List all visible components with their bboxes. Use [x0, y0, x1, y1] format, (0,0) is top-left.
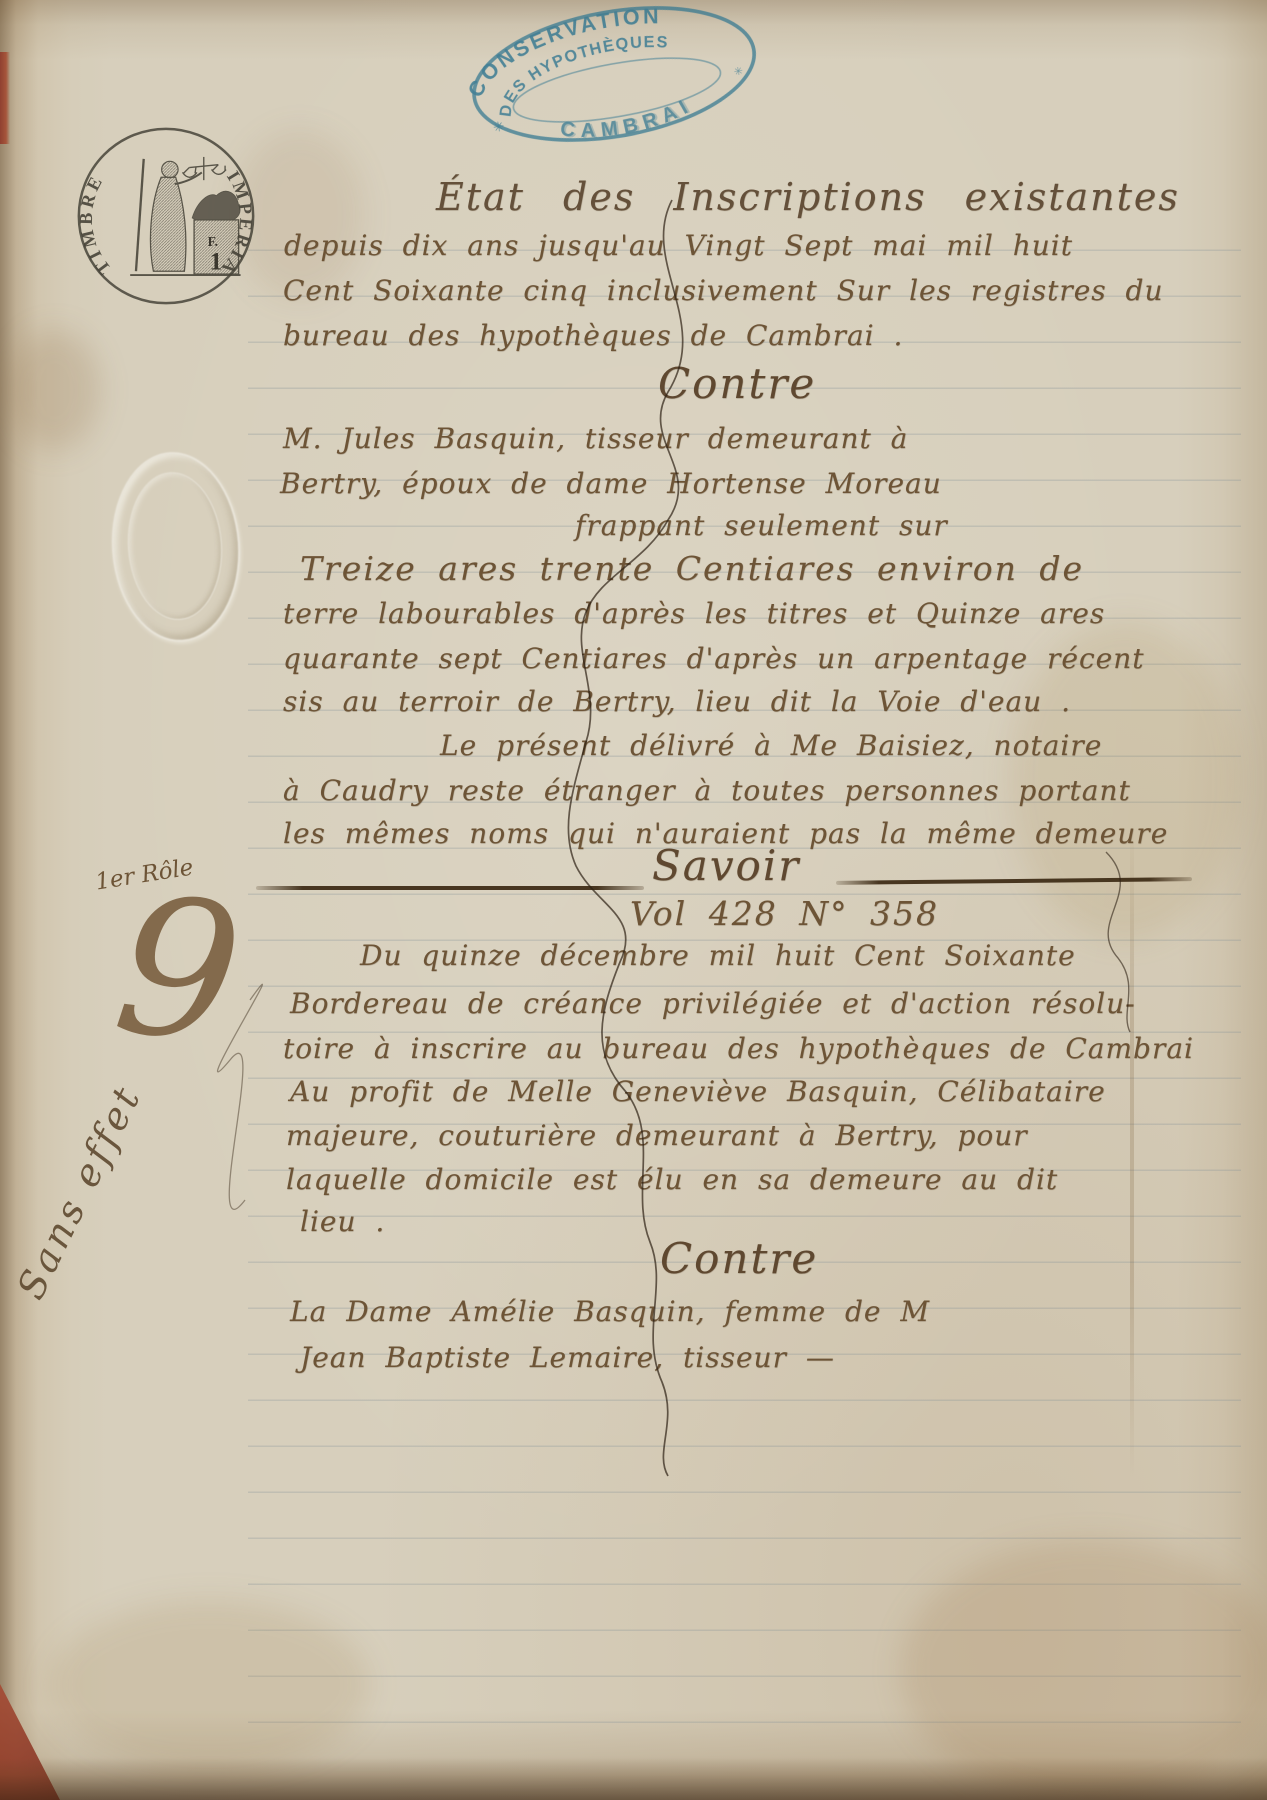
heading-contre-2: Contre — [660, 1238, 818, 1280]
figure-head — [162, 161, 178, 177]
svg-text:CAMBRAI: CAMBRAI — [555, 93, 699, 150]
justice-figure — [130, 157, 240, 275]
manuscript-line: Du quinze décembre mil huit Cent Soixant… — [360, 942, 1076, 970]
paper-stain — [10, 330, 100, 450]
red-corner-mark-bottom — [0, 1684, 60, 1800]
heading-savoir: Savoir — [652, 845, 800, 887]
scales-icon — [182, 157, 226, 180]
manuscript-title: État des Inscriptions existantes — [436, 178, 1180, 216]
manuscript-line: laquelle domicile est élu en sa demeure … — [286, 1166, 1058, 1194]
manuscript-line: depuis dix ans jusqu'au Vingt Sept mai m… — [284, 232, 1073, 260]
denomination-value: 1 — [210, 248, 223, 275]
stamp-bottom-text: CAMBRAI — [555, 93, 699, 150]
red-edge-mark-top — [0, 52, 10, 144]
eagle-icon — [192, 191, 240, 220]
paper-crease — [1130, 820, 1134, 1480]
stamp-star-right-icon: ✳ — [733, 64, 745, 78]
manuscript-line: à Caudry reste étranger à toutes personn… — [283, 777, 1131, 805]
denomination-currency: F. — [208, 234, 218, 249]
manuscript-line: frappant seulement sur — [575, 512, 948, 540]
margin-annotation-sans-effet: Sans effet — [8, 1077, 150, 1306]
manuscript-line: Bertry, époux de dame Hortense Moreau — [280, 470, 942, 498]
manuscript-line: Treize ares trente Centiares environ de — [300, 552, 1084, 585]
staff-icon — [136, 159, 144, 271]
timbre-imperial-stamp: TIMBRE IMPERIAL F. 1 — [74, 118, 258, 314]
heading-contre-1: Contre — [658, 363, 816, 405]
paper-stain — [900, 1540, 1267, 1800]
bottom-edge-shadow — [0, 1758, 1267, 1800]
timbre-text: TIMBRE — [76, 170, 115, 278]
manuscript-line: Bordereau de créance privilégiée et d'ac… — [290, 990, 1136, 1018]
volume-reference: Vol 428 N° 358 — [630, 897, 939, 930]
manuscript-line: bureau des hypothèques de Cambrai . — [283, 322, 903, 350]
manuscript-line: Au profit de Melle Geneviève Basquin, Cé… — [290, 1078, 1106, 1106]
savoir-rule-left — [256, 886, 644, 890]
manuscript-line: majeure, couturière demeurant à Bertry, … — [286, 1122, 1028, 1150]
embossed-seal — [106, 448, 247, 646]
figure-robe — [150, 177, 185, 271]
manuscript-document-page: CONSERVATION DES HYPOTHÈQUES CAMBRAI ✳ ✳… — [0, 0, 1267, 1800]
manuscript-line: toire à inscrire au bureau des hypothèqu… — [283, 1035, 1194, 1063]
embossed-seal-inner-ring — [123, 469, 227, 623]
manuscript-line: Cent Soixante cinq inclusivement Sur les… — [283, 277, 1164, 305]
manuscript-line: Jean Baptiste Lemaire, tisseur — — [300, 1344, 835, 1372]
manuscript-line: lieu . — [300, 1208, 385, 1236]
margin-figure-nine: 9 — [105, 853, 252, 1087]
manuscript-line: Le présent délivré à Me Baisiez, notaire — [440, 732, 1102, 760]
conservation-hypotheques-stamp: CONSERVATION DES HYPOTHÈQUES CAMBRAI ✳ ✳ — [451, 0, 780, 183]
manuscript-line: terre labourables d'après les titres et … — [283, 600, 1105, 628]
svg-text:TIMBRE: TIMBRE — [76, 170, 115, 278]
manuscript-line: La Dame Amélie Basquin, femme de M — [290, 1298, 930, 1326]
paper-stain — [50, 1600, 370, 1770]
manuscript-line: quarante sept Centiares d'après un arpen… — [283, 645, 1145, 673]
figure-arm — [175, 172, 202, 184]
savoir-rule-right — [836, 877, 1192, 884]
stamp-star-left-icon: ✳ — [492, 120, 506, 137]
manuscript-line: sis au terroir de Bertry, lieu dit la Vo… — [283, 688, 1071, 716]
manuscript-line: M. Jules Basquin, tisseur demeurant à — [283, 425, 908, 453]
